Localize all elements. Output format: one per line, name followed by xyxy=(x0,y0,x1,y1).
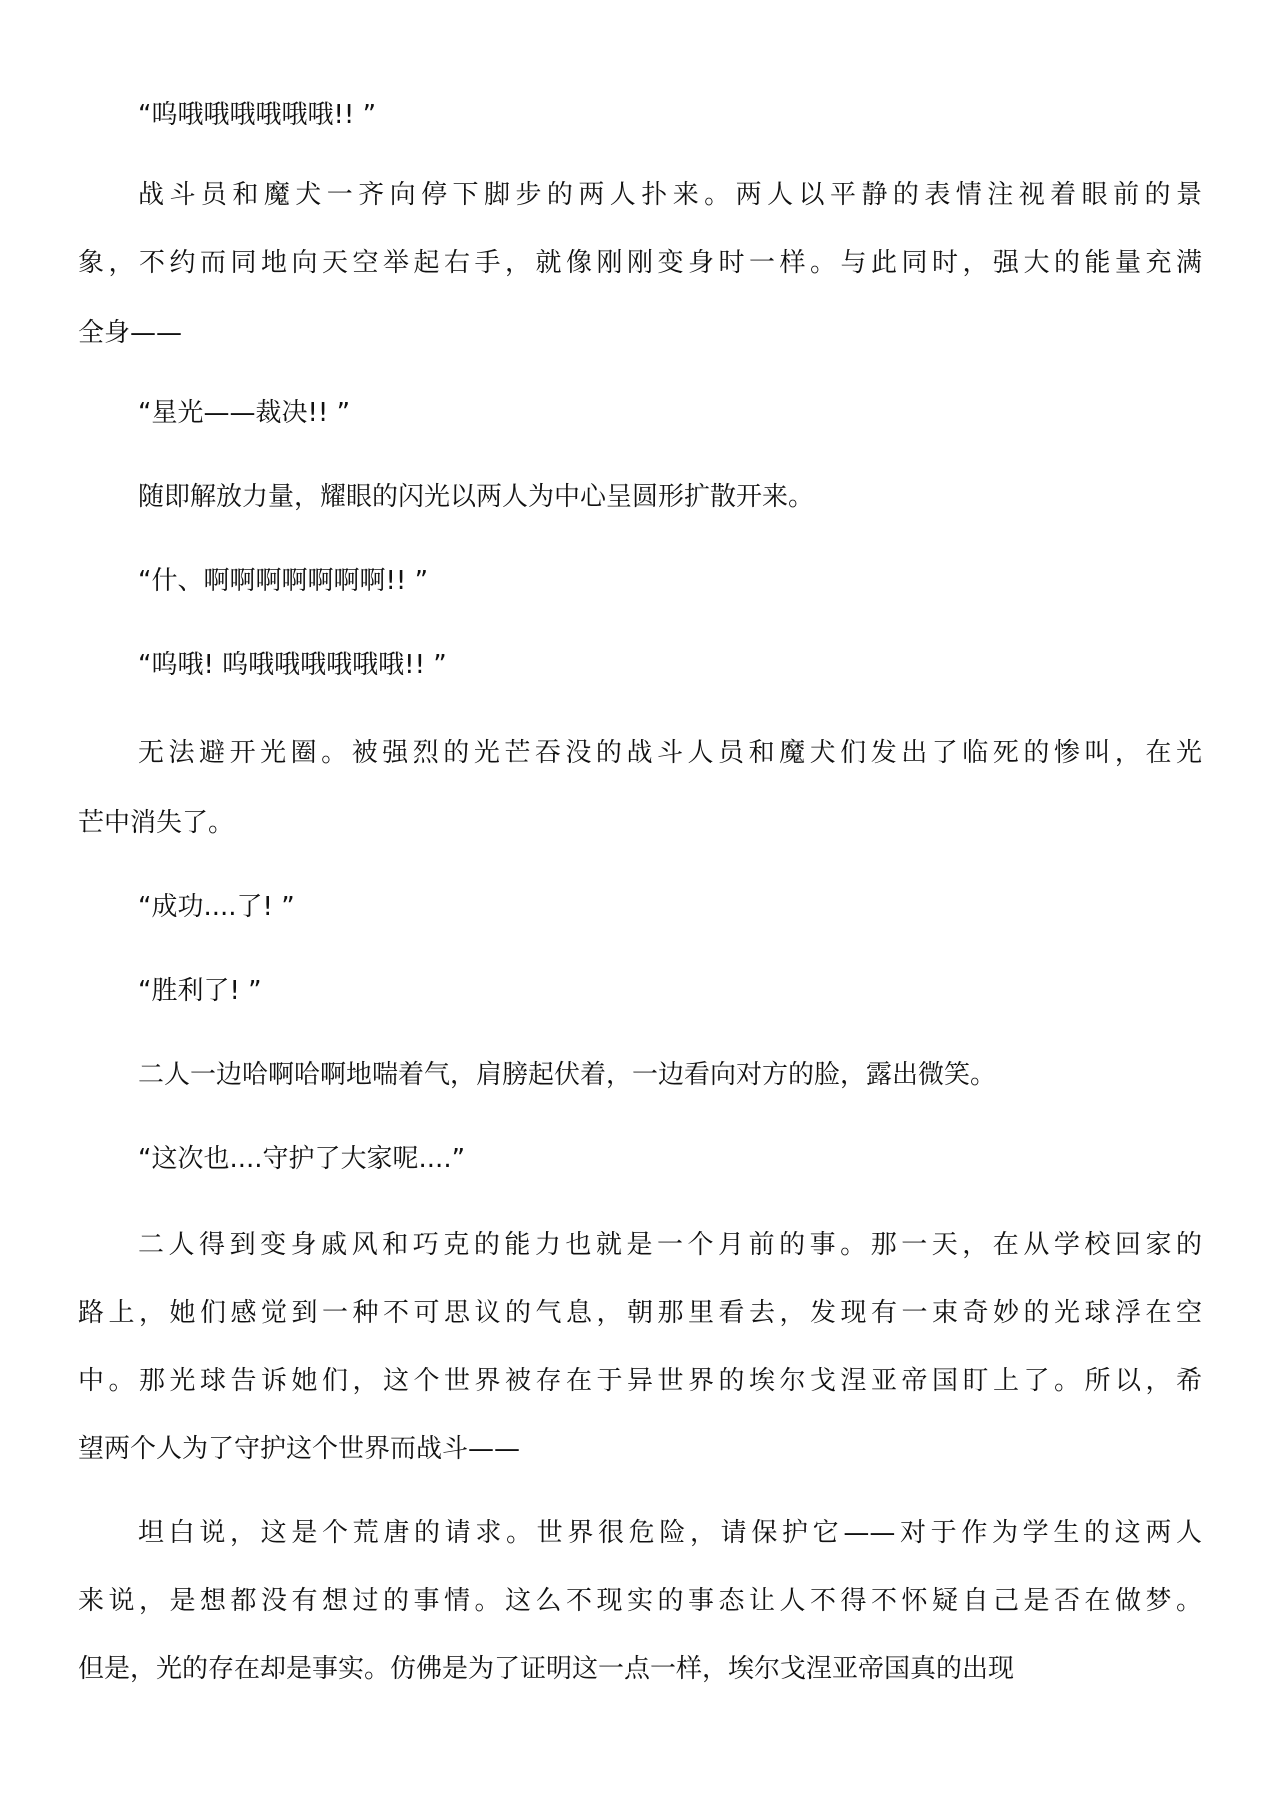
dialogue-line: “这次也....守护了大家呢....” xyxy=(138,1142,465,1176)
dialogue-line: “胜利了! ” xyxy=(138,974,262,1008)
paragraph-line: 中。那光球告诉她们，这个世界被存在于异世界的埃尔戈涅亚帝国盯上了。所以，希 xyxy=(78,1364,1202,1398)
paragraph-line: 芒中消失了。 xyxy=(78,806,234,840)
paragraph-line: 战斗员和魔犬一齐向停下脚步的两人扑来。两人以平静的表情注视着眼前的景 xyxy=(138,178,1202,212)
paragraph-line: 望两个人为了守护这个世界而战斗—— xyxy=(78,1432,520,1466)
paragraph-line: 坦白说，这是个荒唐的请求。世界很危险，请保护它——对于作为学生的这两人 xyxy=(138,1516,1202,1550)
paragraph-line: 象，不约而同地向天空举起右手，就像刚刚变身时一样。与此同时，强大的能量充满 xyxy=(78,246,1202,280)
dialogue-line: “什、啊啊啊啊啊啊啊!! ” xyxy=(138,564,428,598)
document-page: “呜哦哦哦哦哦哦!! ” 战斗员和魔犬一齐向停下脚步的两人扑来。两人以平静的表情… xyxy=(0,0,1280,1810)
dialogue-line: “呜哦哦哦哦哦哦!! ” xyxy=(138,98,376,132)
dialogue-line: “星光——裁决!! ” xyxy=(138,396,350,430)
paragraph-line: 随即解放力量，耀眼的闪光以两人为中心呈圆形扩散开来。 xyxy=(138,480,814,514)
dialogue-line: “呜哦! 呜哦哦哦哦哦哦!! ” xyxy=(138,648,447,682)
paragraph-line: 无法避开光圈。被强烈的光芒吞没的战斗人员和魔犬们发出了临死的惨叫，在光 xyxy=(138,736,1202,770)
paragraph-line: 二人得到变身戚风和巧克的能力也就是一个月前的事。那一天，在从学校回家的 xyxy=(138,1228,1202,1262)
dialogue-line: “成功....了! ” xyxy=(138,890,295,924)
paragraph-line: 来说，是想都没有想过的事情。这么不现实的事态让人不得不怀疑自己是否在做梦。 xyxy=(78,1584,1202,1618)
paragraph-line: 但是，光的存在却是事实。仿佛是为了证明这一点一样，埃尔戈涅亚帝国真的出现 xyxy=(78,1652,1014,1686)
paragraph-line: 路上，她们感觉到一种不可思议的气息，朝那里看去，发现有一束奇妙的光球浮在空 xyxy=(78,1296,1202,1330)
paragraph-line: 二人一边哈啊哈啊地喘着气，肩膀起伏着，一边看向对方的脸，露出微笑。 xyxy=(138,1058,996,1092)
paragraph-line: 全身—— xyxy=(78,316,182,350)
